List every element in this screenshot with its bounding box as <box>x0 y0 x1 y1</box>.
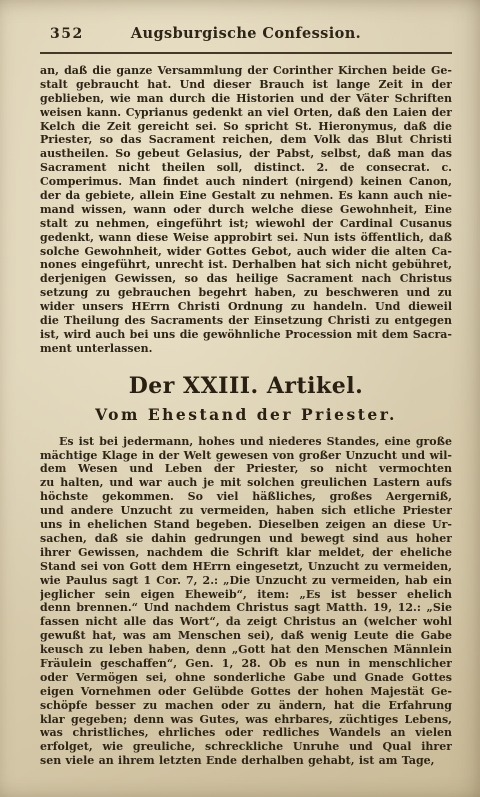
book-page: 352 Augsburgische Confession. an, daß di… <box>0 0 480 797</box>
text-line: uns in ehelichen Stand begeben. Dieselbe… <box>40 518 452 532</box>
text-line: jeglicher sein eigen Eheweib“, item: „Es… <box>40 588 452 602</box>
text-line: solche Gewohnheit, wider Gottes Gebot, a… <box>40 245 452 259</box>
text-line: der da gebiete, allein Eine Gestalt zu n… <box>40 189 452 203</box>
text-line: und andere Unzucht zu vermeiden, haben s… <box>40 504 452 518</box>
text-line: klar gegeben; denn was Gutes, was ehrbar… <box>40 713 452 727</box>
text-line: was christliches, ehrliches oder redlich… <box>40 726 452 740</box>
text-line: ment unterlassen. <box>40 342 452 356</box>
text-line: eigen Vornehmen oder Gelübde Gottes der … <box>40 685 452 699</box>
text-line: mand wissen, wann oder durch welche dies… <box>40 203 452 217</box>
text-line: derjenigen Gewissen, so das heilige Sacr… <box>40 272 452 286</box>
text-line: die Theilung des Sacraments der Einsetzu… <box>40 314 452 328</box>
text-line: setzung zu gebrauchen begehrt haben, zu … <box>40 286 452 300</box>
text-line: weisen kann. Cyprianus gedenkt an viel O… <box>40 106 452 120</box>
text-line: Priester, so das Sacrament reichen, dem … <box>40 133 452 147</box>
text-line: dem Wesen und Leben der Priester, so nic… <box>40 462 452 476</box>
text-line: keusch zu leben haben, denn „Gott hat de… <box>40 643 452 657</box>
article-heading: Der XXIII. Artikel. <box>40 373 452 399</box>
text-line: fassen nicht alle das Wort“, da zeigt Ch… <box>40 615 452 629</box>
text-line: Comperimus. Man findet auch nindert (nir… <box>40 175 452 189</box>
text-line: austheilen. So gebeut Gelasius, der Pabs… <box>40 147 452 161</box>
text-line: gewußt hat, was am Menschen sei), daß we… <box>40 629 452 643</box>
text-line: gedenkt, wann diese Weise approbirt sei.… <box>40 231 452 245</box>
text-line: geblieben, wie man durch die Historien u… <box>40 92 452 106</box>
paragraph-continuation: an, daß die ganze Versammlung der Corint… <box>40 64 452 356</box>
text-line: wider unsers HErrn Christi Ordnung zu ha… <box>40 300 452 314</box>
text-line: erfolget, wie greuliche, schreckliche Un… <box>40 740 452 754</box>
text-line: nones eingeführt, unrecht ist. Derhalben… <box>40 258 452 272</box>
page-header: 352 Augsburgische Confession. <box>40 25 452 44</box>
page-number: 352 <box>50 26 84 42</box>
page-content: 352 Augsburgische Confession. an, daß di… <box>0 0 480 768</box>
running-title: Augsburgische Confession. <box>40 25 452 42</box>
text-line: wie Paulus sagt 1 Cor. 7, 2.: „Die Unzuc… <box>40 574 452 588</box>
text-line: Stand sei von Gott dem HErrn eingesetzt,… <box>40 560 452 574</box>
text-line: ist, wird auch bei uns die gewöhnliche P… <box>40 328 452 342</box>
text-line: ihrer Gewissen, nachdem die Schrift klar… <box>40 546 452 560</box>
text-line: zu halten, und war auch je mit solchen g… <box>40 476 452 490</box>
paragraph-article-body: Es ist bei jedermann, hohes und niederes… <box>40 435 452 768</box>
text-line: stalt zu nehmen, eingeführt ist; wiewohl… <box>40 217 452 231</box>
text-line: mächtige Klage in der Welt gewesen von g… <box>40 449 452 463</box>
text-line: Es ist bei jedermann, hohes und niederes… <box>40 435 452 449</box>
text-line: an, daß die ganze Versammlung der Corint… <box>40 64 452 78</box>
text-line: Kelch die Zeit gereicht sei. So spricht … <box>40 120 452 134</box>
text-line: schöpfe besser zu machen oder zu ändern,… <box>40 699 452 713</box>
text-line: Fräulein geschaffen“, Gen. 1, 28. Ob es … <box>40 657 452 671</box>
text-line: denn brennen.“ Und nachdem Christus sagt… <box>40 601 452 615</box>
header-rule <box>40 52 452 54</box>
text-line: Sacrament nicht theilen soll, distinct. … <box>40 161 452 175</box>
text-line: stalt gebraucht hat. Und dieser Brauch i… <box>40 78 452 92</box>
text-line: sachen, daß sie dahin gedrungen und bewe… <box>40 532 452 546</box>
article-subheading: Vom Ehestand der Priester. <box>40 405 452 425</box>
text-line: sen viele an ihrem letzten Ende derhalbe… <box>40 754 452 768</box>
text-line: oder Vermögen sei, ohne sonderliche Gabe… <box>40 671 452 685</box>
text-line: höchste gekommen. So viel häßliches, gro… <box>40 490 452 504</box>
